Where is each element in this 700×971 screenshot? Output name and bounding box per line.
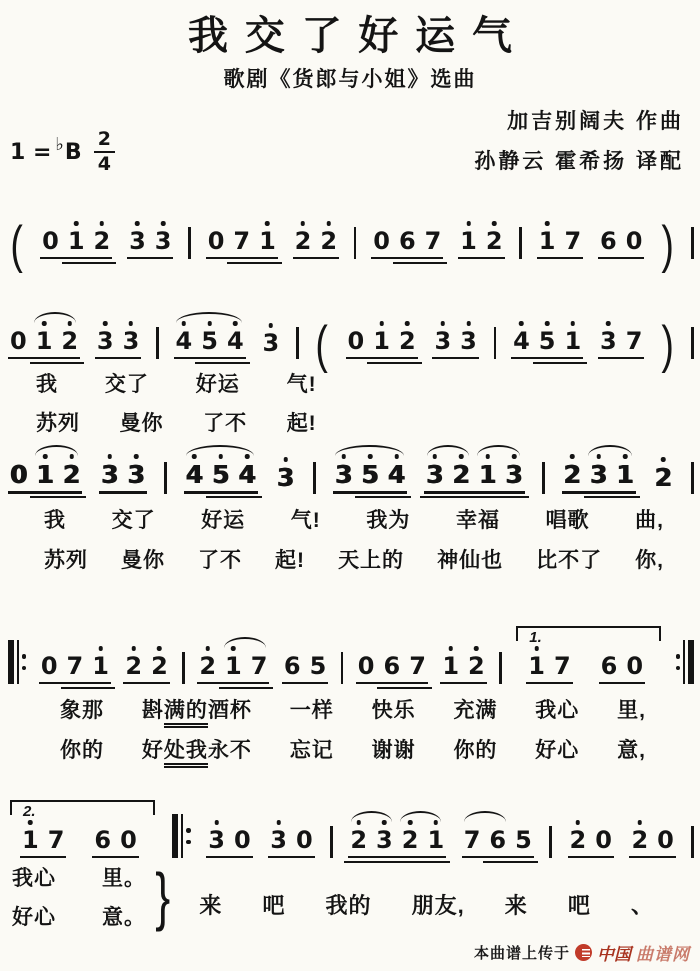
lyric-cell: 你的	[60, 734, 104, 764]
volta-number: 2.	[23, 803, 36, 820]
lyric-segment: 好	[142, 739, 164, 762]
music-system-2: 012334543(0123345137)我交了好运气!苏列曼你了不起!	[8, 304, 694, 437]
slur-arc	[335, 445, 403, 456]
note: 3	[123, 329, 140, 353]
note: 2	[320, 229, 337, 253]
note: 7	[48, 828, 65, 852]
note: 3	[270, 828, 287, 852]
lyrics-row: 象那斟满的酒杯一样快乐充满我心里,	[8, 694, 694, 724]
note: 0	[120, 828, 137, 852]
note: 2	[63, 462, 80, 487]
note-group: 33	[99, 462, 147, 494]
lyric-cell: 起!	[275, 544, 305, 574]
parenthesis: )	[662, 226, 674, 265]
note: 0	[626, 229, 643, 253]
note: 7	[425, 229, 442, 253]
lyric-cell: 你的	[453, 734, 497, 764]
lyric-segment: 处我	[164, 739, 208, 765]
note: 4	[513, 329, 530, 353]
repeat-start-sign	[8, 640, 26, 684]
note: 7	[564, 229, 581, 253]
barline	[341, 652, 344, 684]
note: 3	[128, 462, 145, 487]
note: 1	[225, 654, 242, 678]
note-group: 067	[356, 654, 428, 684]
lyric-cell: 了不	[203, 407, 247, 437]
repeat-thick-bar	[172, 814, 178, 858]
note: 0	[657, 828, 674, 852]
lyric-cell: 唱歌	[546, 504, 590, 534]
note: 2	[125, 654, 142, 678]
note-group: 451	[511, 329, 583, 359]
lyric-cell: 我为	[366, 504, 410, 534]
lyric-cell: 幸福	[456, 504, 500, 534]
lyric-cell: 斟满的酒杯	[142, 694, 252, 724]
note: 2	[468, 654, 485, 678]
note-group: 37	[598, 329, 644, 359]
note: 1	[479, 462, 496, 487]
note: 3	[277, 465, 294, 490]
lyric-cell: 我心	[12, 862, 56, 892]
lyrics-row: 我交了好运气!	[8, 368, 317, 398]
note: 3	[600, 329, 617, 353]
lyrics-row: 你的好处我永不忘记谢谢你的好心意,	[8, 734, 694, 764]
barline	[519, 227, 522, 259]
volta-number: 1.	[529, 629, 542, 646]
note-group: 30	[268, 828, 314, 858]
barline	[188, 227, 191, 259]
lyrics-row: 我交了好运气!我为幸福唱歌曲,	[8, 504, 694, 534]
note-group: 3	[260, 331, 281, 359]
note-group: 231	[562, 462, 636, 494]
lyric-cell: 好运	[196, 368, 240, 398]
note-group: 071	[206, 229, 278, 259]
note: 2	[453, 462, 470, 487]
lyric-cell: 充满	[453, 694, 497, 724]
lyric-cell: 交了	[105, 368, 149, 398]
note: 0	[10, 462, 27, 487]
note: 2	[350, 828, 367, 852]
note-group: 17	[537, 229, 583, 259]
credits-block: 加吉别阔夫 作曲 孙静云 霍希扬 译配	[474, 102, 684, 182]
lyric-segment: 酒杯	[208, 699, 252, 722]
note: 2	[399, 329, 416, 353]
lyric-cell: 好心	[12, 901, 56, 931]
site-logo-icon	[575, 944, 592, 961]
note: 1	[427, 828, 444, 852]
lyric-cell: 你,	[635, 544, 664, 574]
slur-arc	[224, 637, 266, 648]
note: 7	[409, 654, 426, 678]
note: 1	[616, 462, 633, 487]
note: 5	[539, 329, 556, 353]
repeat-dot	[22, 666, 27, 671]
note-group: 012	[8, 329, 80, 359]
repeat-dots	[676, 640, 681, 684]
lyric-cell: 比不了	[536, 544, 602, 574]
barline	[691, 462, 694, 494]
repeat-dots	[22, 640, 27, 684]
note: 0	[348, 329, 365, 353]
note: 0	[595, 828, 612, 852]
note: 3	[208, 828, 225, 852]
slur-arc	[35, 445, 79, 456]
note: 4	[186, 462, 203, 487]
lyric-cell: 交了	[112, 504, 156, 534]
repeat-dot	[676, 654, 681, 659]
note-group: 2	[653, 465, 674, 494]
note: 5	[201, 329, 218, 353]
key-prefix: 1 =	[10, 140, 51, 165]
barline	[296, 327, 299, 359]
note: 1	[460, 229, 477, 253]
note-group: 20	[568, 828, 614, 858]
note-group: 17	[20, 828, 66, 858]
site-name-light: 曲谱网	[636, 940, 690, 965]
note: 3	[262, 331, 279, 355]
note-group: 012	[8, 462, 82, 494]
alternate-endings-lyrics: 我心里。好心意。	[8, 862, 150, 931]
barline	[182, 652, 185, 684]
slur-arc	[34, 312, 76, 323]
lyric-cell: 曲,	[635, 504, 664, 534]
note: 3	[376, 828, 393, 852]
volta-bracket: 1.1760	[514, 626, 663, 684]
lyric-cell: 里。	[102, 862, 146, 892]
lyric-cell: 忘记	[290, 734, 334, 764]
parenthesis: (	[316, 326, 328, 365]
lyric-cell: 气!	[287, 368, 317, 398]
key-time-signature: 1 = ♭ B 2 4	[10, 130, 115, 174]
note: 5	[361, 462, 378, 487]
note-group: 354	[333, 462, 407, 494]
repeat-dot	[676, 666, 681, 671]
lyric-cell: 气!	[291, 504, 321, 534]
repeat-dot	[22, 654, 27, 659]
note: 2	[570, 828, 587, 852]
note: 3	[426, 462, 443, 487]
note-group: 22	[123, 654, 169, 684]
barline	[691, 826, 694, 858]
lyric-cell: 神仙也	[437, 544, 503, 574]
note: 6	[399, 229, 416, 253]
note-group: 17	[526, 654, 572, 684]
lyric-cell: 意,	[617, 734, 646, 764]
lyric-cell: 起!	[287, 407, 317, 437]
note: 7	[251, 654, 268, 678]
notation-row: (0123307122067121760)	[8, 204, 694, 259]
barline	[499, 652, 502, 684]
note: 6	[383, 654, 400, 678]
lyric-cell: 吧	[568, 889, 591, 920]
lyric-cell: 苏列	[36, 407, 80, 437]
note-group: 2321	[348, 828, 446, 858]
lyrics-row: 来吧我的朋友,来吧、	[173, 873, 694, 920]
note: 1	[36, 329, 53, 353]
slur-arc	[351, 811, 392, 822]
notation-row: 01233454335432132312	[8, 440, 694, 494]
lyric-cell: 象那	[60, 694, 104, 724]
barline	[494, 327, 497, 359]
note-group: 454	[174, 329, 246, 359]
note: 1	[92, 654, 109, 678]
note-group: 454	[184, 462, 258, 494]
note: 3	[434, 329, 451, 353]
lyric-cell: 我	[36, 368, 58, 398]
repeat-thin-bar	[683, 640, 685, 684]
lyric-cell: 里,	[617, 694, 646, 724]
repeat-thick-bar	[8, 640, 14, 684]
repeat-dot	[186, 840, 191, 845]
note: 3	[460, 329, 477, 353]
note: 4	[227, 329, 244, 353]
note-group: 12	[458, 229, 504, 259]
lyric-cell: 好处我永不	[142, 734, 252, 764]
note-group: 33	[432, 329, 478, 359]
song-subtitle: 歌剧《货郎与小姐》选曲	[0, 63, 700, 93]
repeat-thick-bar	[688, 640, 694, 684]
repeat-end-sign	[676, 640, 694, 684]
notation-row: 2.1760303023217652020	[8, 778, 694, 858]
lyrics-row: 我心里。	[8, 862, 150, 892]
note: 6	[284, 654, 301, 678]
composer-credit: 加吉别阔夫 作曲	[474, 102, 684, 142]
note-group: 33	[127, 229, 173, 259]
lyric-cell: 苏列	[44, 544, 88, 574]
time-signature: 2 4	[94, 130, 115, 174]
note-group: 60	[598, 229, 644, 259]
slur-arc	[176, 312, 242, 323]
note: 6	[489, 828, 506, 852]
note-group: 012	[40, 229, 112, 259]
notation-row: 0712221765067121.1760	[8, 604, 694, 684]
note: 5	[515, 828, 532, 852]
time-denominator: 4	[98, 153, 111, 174]
note-group: 60	[599, 654, 645, 684]
note: 7	[464, 828, 481, 852]
note: 7	[626, 329, 643, 353]
lyrics-row: 苏列曼你了不起!	[8, 407, 317, 437]
watermark-text: 本曲谱上传于	[474, 942, 570, 963]
note: 5	[310, 654, 327, 678]
lyric-cell: 、	[631, 889, 654, 920]
repeat-thin-bar	[17, 640, 19, 684]
note: 1	[36, 462, 53, 487]
note: 0	[358, 654, 375, 678]
note: 2	[199, 654, 216, 678]
repeat-dots	[186, 814, 191, 858]
lyric-cell: 曼你	[121, 544, 165, 574]
lyric-cell: 吧	[262, 889, 285, 920]
note-group: 3213	[424, 462, 525, 494]
note: 1	[373, 329, 390, 353]
note: 1	[442, 654, 459, 678]
note-group: 33	[95, 329, 141, 359]
note: 0	[626, 654, 643, 678]
song-title: 我交了好运气	[0, 4, 700, 61]
lyric-cell: 好心	[535, 734, 579, 764]
brace-icon: }	[155, 868, 170, 926]
note-group: 071	[39, 654, 111, 684]
note: 2	[61, 329, 78, 353]
flat-sign-icon: ♭	[55, 134, 64, 155]
note-group: 60	[92, 828, 138, 858]
lyric-cell: 来	[199, 889, 222, 920]
music-system-4: 0712221765067121.1760象那斟满的酒杯一样快乐充满我心里,你的…	[8, 604, 694, 764]
note: 0	[373, 229, 390, 253]
note-group: 65	[282, 654, 328, 684]
key-note: B	[65, 140, 82, 165]
note-group: 12	[440, 654, 486, 684]
note: 3	[101, 462, 118, 487]
slur-arc	[186, 445, 254, 456]
repeat-thin-bar	[181, 814, 183, 858]
note-group: 067	[371, 229, 443, 259]
time-numerator: 2	[94, 130, 115, 153]
lyrics-row: 苏列曼你了不起!天上的神仙也比不了你,	[8, 544, 694, 574]
barline	[164, 462, 167, 494]
barline	[313, 462, 316, 494]
watermark: 本曲谱上传于 中国 曲谱网	[474, 940, 690, 965]
note-group: 217	[197, 654, 269, 684]
barline	[691, 327, 694, 359]
lyric-cell: 我	[44, 504, 66, 534]
note: 4	[388, 462, 405, 487]
note: 2	[564, 462, 581, 487]
barline	[354, 227, 357, 259]
lyric-cell: 我心	[535, 694, 579, 724]
note: 3	[590, 462, 607, 487]
note: 3	[97, 329, 114, 353]
lyric-cell: 谢谢	[372, 734, 416, 764]
barline	[156, 327, 159, 359]
final-lyrics-block: 我心里。好心意。}来吧我的朋友,来吧、	[8, 862, 694, 931]
notation-row: 012334543(0123345137)	[8, 304, 694, 359]
repeat-dot	[186, 828, 191, 833]
lyric-segment: 永不	[208, 739, 252, 762]
note: 7	[67, 654, 84, 678]
slur-arc	[464, 811, 506, 822]
lyric-cell: 意。	[102, 901, 146, 931]
note: 7	[233, 229, 250, 253]
barline	[542, 462, 545, 494]
slur-arc	[427, 445, 469, 456]
lyric-cell: 曼你	[120, 407, 164, 437]
note: 1	[528, 654, 545, 678]
note: 0	[41, 654, 58, 678]
note: 2	[486, 229, 503, 253]
lyric-cell: 快乐	[372, 694, 416, 724]
note-group: 765	[462, 828, 534, 858]
note: 1	[22, 828, 39, 852]
note: 0	[208, 229, 225, 253]
note: 2	[94, 229, 111, 253]
note: 1	[564, 329, 581, 353]
note-group: 012	[346, 329, 418, 359]
note: 1	[259, 229, 276, 253]
lyric-cell: 一样	[290, 694, 334, 724]
slur-arc	[400, 811, 441, 822]
lyric-segment: 斟	[142, 699, 164, 722]
translator-credit: 孙静云 霍希扬 译配	[474, 142, 684, 182]
note: 3	[155, 229, 172, 253]
parenthesis: (	[10, 226, 22, 265]
note: 3	[129, 229, 146, 253]
music-system-3: 01233454335432132312我交了好运气!我为幸福唱歌曲,苏列曼你了…	[8, 440, 694, 574]
note: 1	[539, 229, 556, 253]
lyric-cell: 了不	[198, 544, 242, 574]
lyrics-row: 好心意。	[8, 901, 150, 931]
note: 3	[335, 462, 352, 487]
note: 2	[402, 828, 419, 852]
lyric-cell: 好运	[201, 504, 245, 534]
note: 1	[68, 229, 85, 253]
slur-arc	[588, 445, 632, 456]
site-name-dark: 中国	[597, 940, 631, 965]
volta-bracket: 2.1760	[8, 800, 157, 858]
note: 4	[239, 462, 256, 487]
lyric-cell: 朋友,	[412, 889, 465, 920]
repeat-start-sign	[172, 814, 190, 858]
note: 2	[151, 654, 168, 678]
slur-arc	[477, 445, 519, 456]
lyric-cell: 来	[505, 889, 528, 920]
note: 6	[94, 828, 111, 852]
note: 2	[631, 828, 648, 852]
music-system-5: 2.1760303023217652020我心里。好心意。}来吧我的朋友,来吧、	[8, 778, 694, 931]
note-group: 22	[293, 229, 339, 259]
note: 0	[234, 828, 251, 852]
note: 6	[600, 229, 617, 253]
note: 3	[505, 462, 522, 487]
lyric-cell: 我的	[326, 889, 372, 920]
note-group: 20	[629, 828, 675, 858]
note-group: 30	[206, 828, 252, 858]
note: 0	[10, 329, 27, 353]
note: 0	[296, 828, 313, 852]
barline	[330, 826, 333, 858]
note: 7	[554, 654, 571, 678]
note: 2	[655, 465, 672, 490]
barline	[549, 826, 552, 858]
note: 0	[42, 229, 59, 253]
note: 2	[295, 229, 312, 253]
lyric-segment: 满的	[164, 699, 208, 725]
note: 6	[601, 654, 618, 678]
note: 4	[176, 329, 193, 353]
parenthesis: )	[662, 326, 674, 365]
note: 5	[212, 462, 229, 487]
lyric-cell: 天上的	[338, 544, 404, 574]
note-group: 3	[275, 465, 296, 494]
barline	[691, 227, 694, 259]
music-system-1: (0123307122067121760)	[8, 204, 694, 259]
